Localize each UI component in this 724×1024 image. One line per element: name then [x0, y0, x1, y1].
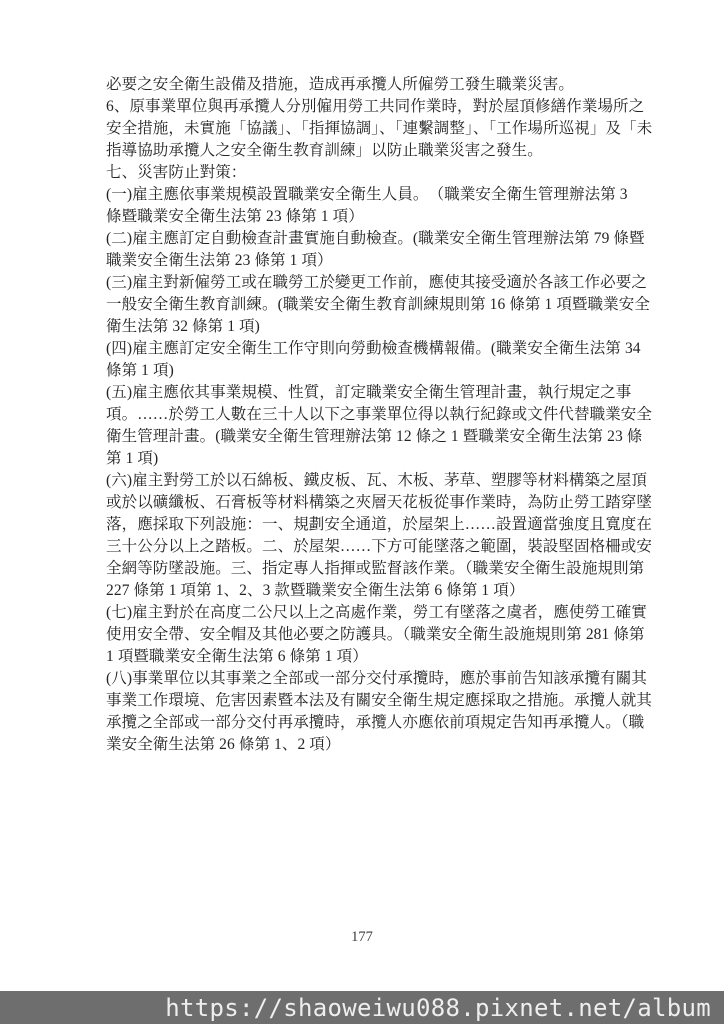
body-text: 必要之安全衛生設備及措施，造成再承攬人所僱勞工發生職業災害。 6、原事業單位與再… [106, 74, 630, 756]
text-line: 條暨職業安全衛生法第 23 條第 1 項） [106, 206, 630, 228]
text-line: 一般安全衛生教育訓練。(職業安全衛生教育訓練規則第 16 條第 1 項暨職業安全 [106, 294, 630, 316]
text-line: 條第 1 項) [106, 360, 630, 382]
text-line: 落，應採取下列設施：一、規劃安全通道，於屋架上……設置適當強度且寬度在 [106, 514, 630, 536]
text-line: 職業安全衛生法第 23 條第 1 項） [106, 250, 630, 272]
document-page: 必要之安全衛生設備及措施，造成再承攬人所僱勞工發生職業災害。 6、原事業單位與再… [0, 0, 724, 1024]
text-line: 使用安全帶、安全帽及其他必要之防護具。（職業安全衛生設施規則第 281 條第 [106, 624, 630, 646]
text-line: 或於以礦纖板、石膏板等材料構築之夾層天花板從事作業時，為防止勞工踏穿墜 [106, 492, 630, 514]
text-line: 1 項暨職業安全衛生法第 6 條第 1 項） [106, 646, 630, 668]
text-line: 全網等防墜設施。三、指定專人指揮或監督該作業。（職業安全衛生設施規則第 [106, 558, 630, 580]
text-line: (三)雇主對新僱勞工或在職勞工於變更工作前，應使其接受適於各該工作必要之 [106, 272, 630, 294]
text-line: 項。……於勞工人數在三十人以下之事業單位得以執行紀錄或文件代替職業安全 [106, 404, 630, 426]
text-line: 衛生法第 32 條第 1 項) [106, 316, 630, 338]
text-line: 227 條第 1 項第 1、2、3 款暨職業安全衛生法第 6 條第 1 項） [106, 580, 630, 602]
text-line: (八)事業單位以其事業之全部或一部分交付承攬時，應於事前告知該承攬有關其 [106, 668, 630, 690]
text-line: 三十公分以上之踏板。二、於屋架……下方可能墜落之範圍，裝設堅固格柵或安 [106, 536, 630, 558]
text-line: 安全措施，未實施「協議」、「指揮協調」、「連繫調整」、「工作場所巡視」及「未 [106, 118, 630, 140]
page-number: 177 [0, 929, 724, 946]
text-line: 指導協助承攬人之安全衛生教育訓練」以防止職業災害之發生。 [106, 140, 630, 162]
text-line: (二)雇主應訂定自動檢查計畫實施自動檢查。(職業安全衛生管理辦法第 79 條暨 [106, 228, 630, 250]
text-line: 衛生管理計畫。(職業安全衛生管理辦法第 12 條之 1 暨職業安全衛生法第 23… [106, 426, 630, 448]
text-line: 事業工作環境、危害因素暨本法及有關安全衛生規定應採取之措施。承攬人就其 [106, 690, 630, 712]
watermark-bar: https://shaoweiwu088.pixnet.net/album [0, 991, 724, 1024]
text-line: 必要之安全衛生設備及措施，造成再承攬人所僱勞工發生職業災害。 [106, 74, 630, 96]
text-line: 承攬之全部或一部分交付再承攬時，承攬人亦應依前項規定告知再承攬人。（職 [106, 712, 630, 734]
text-line: 第 1 項) [106, 448, 630, 470]
text-line: 七、災害防止對策： [106, 162, 630, 184]
text-line: 業安全衛生法第 26 條第 1、2 項） [106, 734, 630, 756]
watermark-url: https://shaoweiwu088.pixnet.net/album [165, 994, 711, 1022]
text-line: 6、原事業單位與再承攬人分別僱用勞工共同作業時，對於屋頂修繕作業場所之 [106, 96, 630, 118]
text-line: (五)雇主應依其事業規模、性質，訂定職業安全衛生管理計畫，執行規定之事 [106, 382, 630, 404]
text-line: (四)雇主應訂定安全衛生工作守則向勞動檢查機構報備。(職業安全衛生法第 34 [106, 338, 630, 360]
text-line: (六)雇主對勞工於以石綿板、鐵皮板、瓦、木板、茅草、塑膠等材料構築之屋頂 [106, 470, 630, 492]
text-line: (一)雇主應依事業規模設置職業安全衛生人員。 （職業安全衛生管理辦法第 3 [106, 184, 630, 206]
text-line: (七)雇主對於在高度二公尺以上之高處作業，勞工有墜落之虞者，應使勞工確實 [106, 602, 630, 624]
